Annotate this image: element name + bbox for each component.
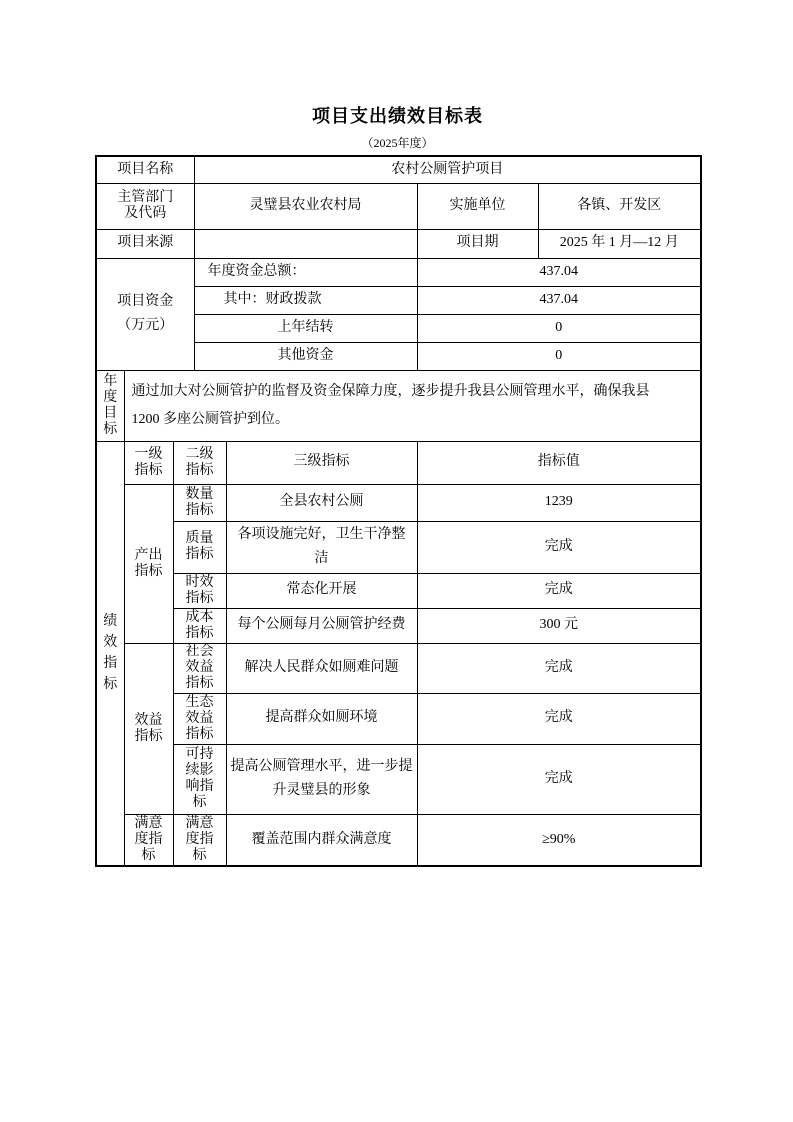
header-value: 指标值 xyxy=(417,441,701,484)
header-l2: 二级 指标 xyxy=(173,441,226,484)
value-quantity: 1239 xyxy=(417,484,701,521)
l1-satisfaction: 满意 度指 标 xyxy=(124,814,173,866)
project-name-value: 农村公厕管护项目 xyxy=(194,156,701,183)
l3-timeliness: 常态化开展 xyxy=(226,573,417,608)
funding-fiscal-label: 其中：财政拨款 xyxy=(194,286,417,314)
indicators-label: 绩 效 指 标 xyxy=(96,441,124,866)
l2-satisfaction: 满意 度指 标 xyxy=(173,814,226,866)
funding-total-label: 年度资金总额： xyxy=(194,258,417,286)
l1-output: 产出 指标 xyxy=(124,484,173,643)
indicator-row-social: 效益 指标 社会 效益 指标 解决人民群众如厕难问题 完成 xyxy=(96,643,701,693)
indicator-row-cost: 成本 指标 每个公厕每月公厕管护经费 300 元 xyxy=(96,608,701,643)
funding-total-value: 437.04 xyxy=(417,258,701,286)
row-source: 项目来源 项目期 2025 年 1 月—12 月 xyxy=(96,229,701,258)
period-value: 2025 年 1 月—12 月 xyxy=(538,229,701,258)
indicator-row-ecological: 生态 效益 指标 提高群众如厕环境 完成 xyxy=(96,693,701,744)
indicator-row-quantity: 产出 指标 数量 指标 全县农村公厕 1239 xyxy=(96,484,701,521)
value-cost: 300 元 xyxy=(417,608,701,643)
row-dept: 主管部门 及代码 灵璧县农业农村局 实施单位 各镇、开发区 xyxy=(96,183,701,229)
funding-label: 项目资金 （万元） xyxy=(96,258,194,370)
row-project-name: 项目名称 农村公厕管护项目 xyxy=(96,156,701,183)
funding-other-value: 0 xyxy=(417,342,701,370)
funding-other-label: 其他资金 xyxy=(194,342,417,370)
l3-social: 解决人民群众如厕难问题 xyxy=(226,643,417,693)
l3-satisfaction: 覆盖范围内群众满意度 xyxy=(226,814,417,866)
header-l1: 一级 指标 xyxy=(124,441,173,484)
value-timeliness: 完成 xyxy=(417,573,701,608)
value-sustainability: 完成 xyxy=(417,744,701,814)
row-funding-total: 项目资金 （万元） 年度资金总额： 437.04 xyxy=(96,258,701,286)
dept-label: 主管部门 及代码 xyxy=(96,183,194,229)
l2-quality: 质量 指标 xyxy=(173,521,226,573)
funding-fiscal-value: 437.04 xyxy=(417,286,701,314)
l1-benefit: 效益 指标 xyxy=(124,643,173,814)
row-annual-goal: 年 度 目 标 通过加大对公厕管护的监督及资金保障力度，逐步提升我县公厕管理水平… xyxy=(96,370,701,441)
annual-goal-text: 通过加大对公厕管护的监督及资金保障力度，逐步提升我县公厕管理水平，确保我县 12… xyxy=(124,370,701,441)
indicator-row-sustainability: 可持 续影 响指 标 提高公厕管理水平，进一步提 升灵璧县的形象 完成 xyxy=(96,744,701,814)
l2-timeliness: 时效 指标 xyxy=(173,573,226,608)
row-indicator-header: 绩 效 指 标 一级 指标 二级 指标 三级指标 指标值 xyxy=(96,441,701,484)
l2-quantity: 数量 指标 xyxy=(173,484,226,521)
source-label: 项目来源 xyxy=(96,229,194,258)
performance-target-table: 项目名称 农村公厕管护项目 主管部门 及代码 灵璧县农业农村局 实施单位 各镇、… xyxy=(95,155,702,867)
l3-cost: 每个公厕每月公厕管护经费 xyxy=(226,608,417,643)
annual-goal-label: 年 度 目 标 xyxy=(96,370,124,441)
indicator-row-timeliness: 时效 指标 常态化开展 完成 xyxy=(96,573,701,608)
l2-ecological: 生态 效益 指标 xyxy=(173,693,226,744)
l2-sustainability: 可持 续影 响指 标 xyxy=(173,744,226,814)
period-label: 项目期 xyxy=(417,229,538,258)
l3-sustainability: 提高公厕管理水平，进一步提 升灵璧县的形象 xyxy=(226,744,417,814)
l3-quantity: 全县农村公厕 xyxy=(226,484,417,521)
l3-ecological: 提高群众如厕环境 xyxy=(226,693,417,744)
header-l3: 三级指标 xyxy=(226,441,417,484)
l2-social: 社会 效益 指标 xyxy=(173,643,226,693)
value-social: 完成 xyxy=(417,643,701,693)
source-value xyxy=(194,229,417,258)
funding-carryover-value: 0 xyxy=(417,314,701,342)
value-ecological: 完成 xyxy=(417,693,701,744)
value-quality: 完成 xyxy=(417,521,701,573)
funding-carryover-label: 上年结转 xyxy=(194,314,417,342)
value-satisfaction: ≥90% xyxy=(417,814,701,866)
indicator-row-satisfaction: 满意 度指 标 满意 度指 标 覆盖范围内群众满意度 ≥90% xyxy=(96,814,701,866)
document-page: 项目支出绩效目标表 （2025年度） 项目名称 农村公厕管护项目 主管部门 及代… xyxy=(0,0,793,1122)
page-title: 项目支出绩效目标表 xyxy=(95,102,700,128)
indicator-row-quality: 质量 指标 各项设施完好，卫生干净整 洁 完成 xyxy=(96,521,701,573)
project-name-label: 项目名称 xyxy=(96,156,194,183)
l2-cost: 成本 指标 xyxy=(173,608,226,643)
impl-unit-value: 各镇、开发区 xyxy=(538,183,701,229)
page-subtitle: （2025年度） xyxy=(95,134,700,151)
dept-value: 灵璧县农业农村局 xyxy=(194,183,417,229)
impl-unit-label: 实施单位 xyxy=(417,183,538,229)
l3-quality: 各项设施完好，卫生干净整 洁 xyxy=(226,521,417,573)
